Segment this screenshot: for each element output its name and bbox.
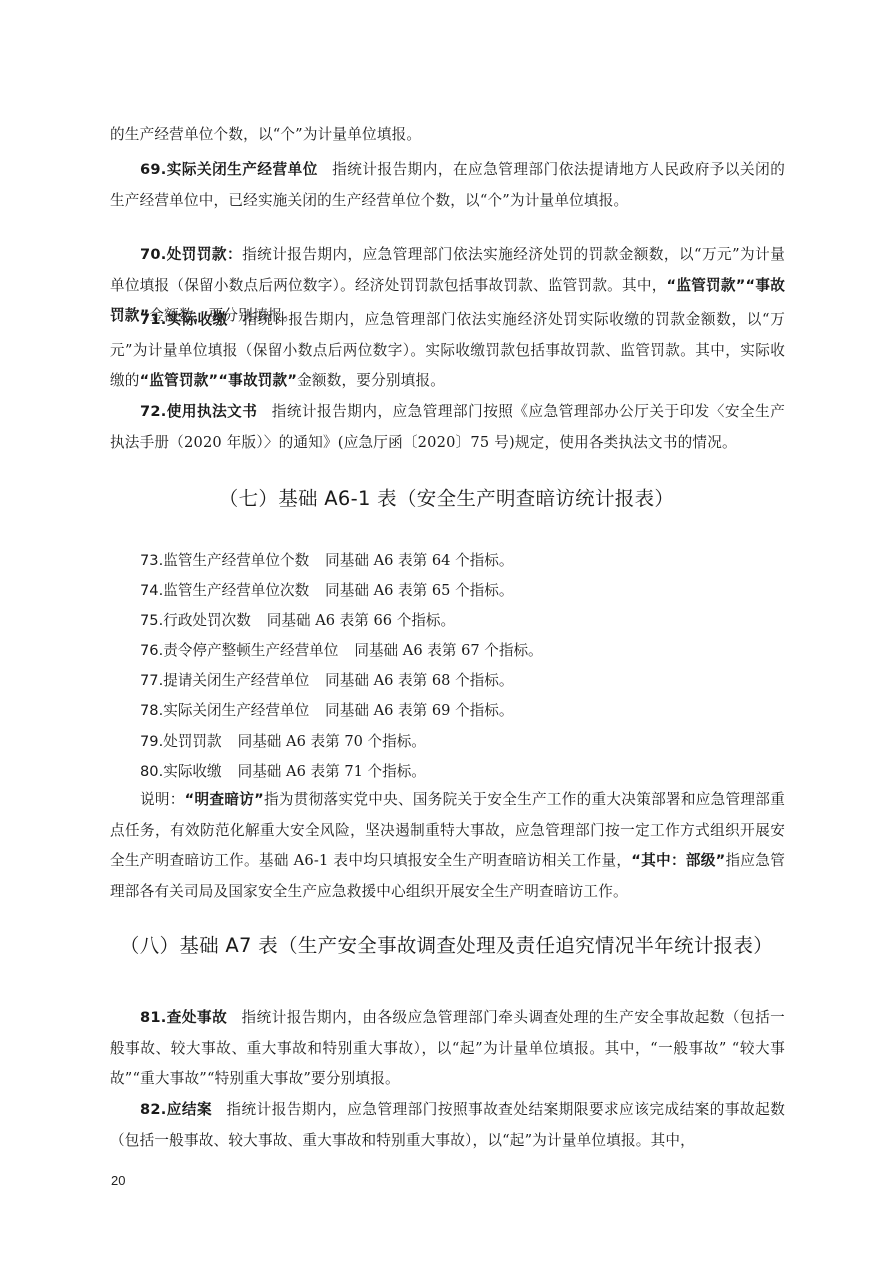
item-term: 应结案 [166, 1101, 212, 1118]
emphasis-term: “监管罚款” [667, 277, 746, 294]
list-item: 73.监管生产经营单位个数同基础 A6 表第 64 个指标。 [140, 546, 790, 576]
item-term: 实际关闭生产经营单位 [166, 161, 317, 178]
paragraph-text: 的生产经营单位个数，以“个”为计量单位填报。 [110, 126, 421, 143]
emphasis-term: “监管罚款” [140, 372, 219, 389]
paragraph-71: 71.实际收缴指统计报告期内，应急管理部门依法实施经济处罚实际收缴的罚款金额数，… [110, 305, 785, 397]
note-paragraph: 说明：“明查暗访”指为贯彻落实党中央、国务院关于安全生产工作的重大决策部署和应急… [110, 785, 785, 907]
note-label: 说明： [140, 791, 185, 808]
item-term: 使用执法文书 [166, 403, 257, 420]
item-number: 82. [140, 1101, 166, 1118]
list-item: 79.处罚罚款同基础 A6 表第 70 个指标。 [140, 727, 790, 757]
list-item: 76.责令停产整顿生产经营单位同基础 A6 表第 67 个指标。 [140, 636, 790, 666]
section-heading-7: （七）基础 A6-1 表（安全生产明查暗访统计报表） [100, 483, 793, 511]
indicator-list: 73.监管生产经营单位个数同基础 A6 表第 64 个指标。 74.监管生产经营… [140, 546, 790, 787]
list-item: 80.实际收缴同基础 A6 表第 71 个指标。 [140, 757, 790, 787]
item-term: 实际收缴 [166, 311, 228, 328]
document-page: 的生产经营单位个数，以“个”为计量单位填报。 69.实际关闭生产经营单位指统计报… [0, 0, 893, 1263]
list-item: 77.提请关闭生产经营单位同基础 A6 表第 68 个指标。 [140, 666, 790, 696]
item-number: 69. [140, 161, 166, 178]
item-number: 71. [140, 311, 166, 328]
paragraph-continuation: 的生产经营单位个数，以“个”为计量单位填报。 [110, 120, 785, 151]
page-number: 20 [111, 1173, 125, 1188]
item-number: 70. [140, 246, 166, 263]
paragraph-69: 69.实际关闭生产经营单位指统计报告期内，在应急管理部门依法提请地方人民政府予以… [110, 155, 785, 216]
section-heading-8: （八）基础 A7 表（生产安全事故调查处理及责任追究情况半年统计报表） [100, 930, 793, 958]
item-term: 查处事故 [166, 1009, 227, 1026]
item-number: 81. [140, 1009, 166, 1026]
emphasis-term: “明查暗访” [185, 791, 264, 808]
list-item: 75.行政处罚次数同基础 A6 表第 66 个指标。 [140, 606, 790, 636]
paragraph-81: 81.查处事故指统计报告期内，由各级应急管理部门牵头调查处理的生产安全事故起数（… [110, 1003, 785, 1095]
paragraph-82: 82.应结案指统计报告期内，应急管理部门按照事故查处结案期限要求应该完成结案的事… [110, 1095, 785, 1156]
list-item: 78.实际关闭生产经营单位同基础 A6 表第 69 个指标。 [140, 696, 790, 726]
item-number: 72. [140, 403, 166, 420]
paragraph-72: 72.使用执法文书指统计报告期内，应急管理部门按照《应急管理部办公厅关于印发〈安… [110, 397, 785, 458]
item-definition-tail: 金额数，要分别填报。 [297, 372, 445, 389]
emphasis-term: “事故罚款” [218, 372, 297, 389]
emphasis-term: “其中：部级” [631, 852, 725, 869]
list-item: 74.监管生产经营单位次数同基础 A6 表第 65 个指标。 [140, 576, 790, 606]
item-term: 处罚罚款： [166, 246, 242, 263]
